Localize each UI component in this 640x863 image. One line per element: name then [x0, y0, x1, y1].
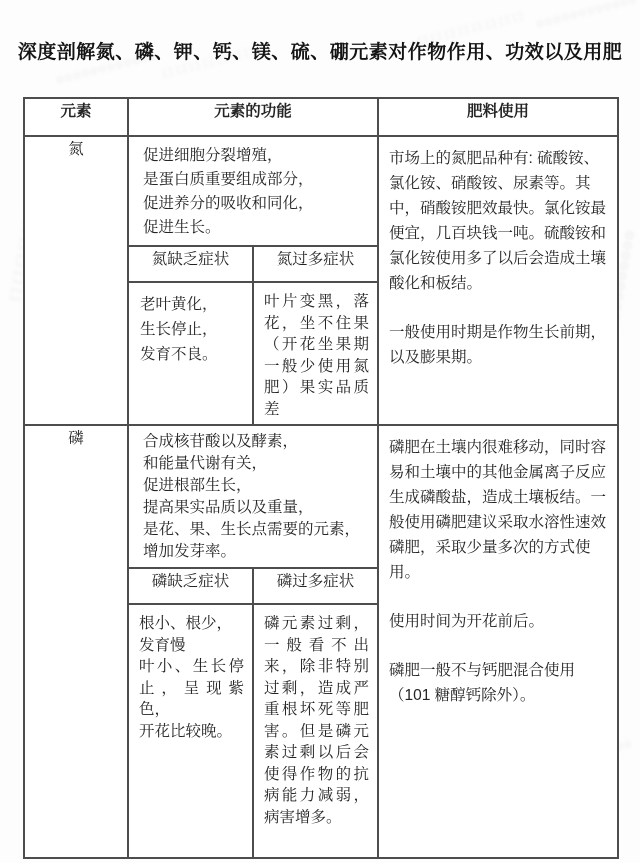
header-function: 元素的功能: [128, 98, 378, 136]
element-cell-phosphorus: 磷: [24, 425, 128, 858]
table-header-row: 元素 元素的功能 肥料使用: [24, 98, 618, 136]
header-element: 元素: [24, 98, 128, 136]
phosphorus-function-row: 磷 合成核苷酸以及酵素， 和能量代谢有关， 促进根部生长， 提高果实品质以及重量…: [24, 425, 618, 568]
phosphorus-fertilizer-cell: 磷肥在土壤内很难移动，同时容易和土壤中的其他金属离子反应生成磷酸盐，造成土壤板结…: [378, 425, 618, 858]
phosphorus-excess-header: 磷过多症状: [253, 568, 378, 604]
phosphorus-deficiency-header: 磷缺乏症状: [128, 568, 253, 604]
nitrogen-fertilizer-paragraph: 市场上的氮肥品种有: 硫酸铵、氯化铵、硝酸铵、尿素等。其中，硝酸铵肥效最快。氯化…: [389, 146, 609, 296]
nitrogen-deficiency-header: 氮缺乏症状: [128, 246, 253, 282]
phosphorus-fertilizer-timing: 使用时间为开花前后。: [389, 609, 609, 634]
watermark: oooooooooooo: [535, 0, 639, 30]
phosphorus-excess-cell: 磷元素过剩，一般看不出来，除非特别过剩，造成严重根坏死等肥害。但是磷元素过剩以后…: [253, 604, 378, 858]
nitrogen-deficiency-cell: 老叶黄化， 生长停止， 发育不良。: [128, 282, 253, 425]
nitrogen-excess-cell: 叶片变黑，落花，坐不住果（开花坐果期一般少使用氮肥）果实品质差: [253, 282, 378, 425]
nitrogen-function-row: 氮 促进细胞分裂增殖， 是蛋白质重要组成部分， 促进养分的吸收和同化， 促进生长…: [24, 136, 618, 246]
header-fertilizer: 肥料使用: [378, 98, 618, 136]
phosphorus-fertilizer-note: 磷肥一般不与钙肥混合使用（101 糖醇钙除外）。: [389, 658, 609, 708]
elements-table: 元素 元素的功能 肥料使用 氮 促进细胞分裂增殖， 是蛋白质重要组成部分， 促进…: [23, 97, 619, 859]
nitrogen-fertilizer-cell: 市场上的氮肥品种有: 硫酸铵、氯化铵、硝酸铵、尿素等。其中，硝酸铵肥效最快。氯化…: [378, 136, 618, 425]
phosphorus-fertilizer-paragraph: 磷肥在土壤内很难移动，同时容易和土壤中的其他金属离子反应生成磷酸盐，造成土壤板结…: [389, 435, 609, 585]
nitrogen-excess-header: 氮过多症状: [253, 246, 378, 282]
nitrogen-function-cell: 促进细胞分裂增殖， 是蛋白质重要组成部分， 促进养分的吸收和同化， 促进生长。: [128, 136, 378, 246]
phosphorus-function-cell: 合成核苷酸以及酵素， 和能量代谢有关， 促进根部生长， 提高果实品质以及重量， …: [128, 425, 378, 568]
nitrogen-fertilizer-timing: 一般使用时期是作物生长前期，以及膨果期。: [389, 320, 609, 370]
page: { "title": "深度剖解氮、磷、钾、钙、镁、硫、硼元素对作物作用、功效以…: [0, 0, 640, 863]
element-cell-nitrogen: 氮: [24, 136, 128, 425]
page-title: 深度剖解氮、磷、钾、钙、镁、硫、硼元素对作物作用、功效以及用肥: [0, 40, 640, 66]
phosphorus-deficiency-cell: 根小、根少， 发育慢 叶小、生长停止，呈现紫色， 开花比较晚。: [128, 604, 253, 858]
